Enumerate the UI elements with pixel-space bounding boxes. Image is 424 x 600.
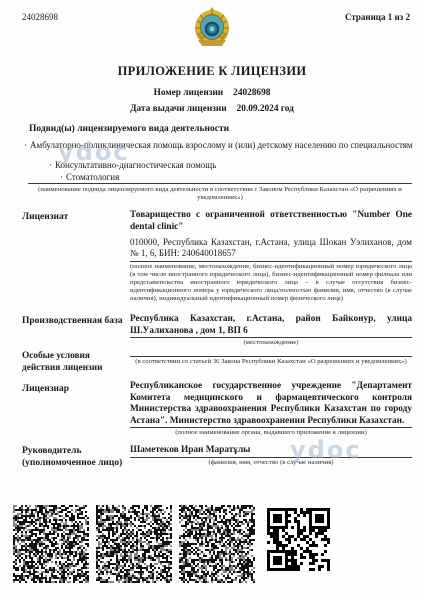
subtypes-caption: (наименование подвида лицензируемого вид… <box>28 186 412 202</box>
qr-code-icon <box>267 508 330 571</box>
production-base-value: Республика Казахстан, г.Астана, район Ба… <box>130 314 412 337</box>
license-date-value: 20.09.2024 год <box>237 104 294 114</box>
subtype-item-2: ·Консультативно-диагностическая помощь <box>49 160 216 170</box>
signature-line <box>130 457 412 458</box>
head-label-line2: (уполномоченное лицо) <box>22 458 122 468</box>
production-base-caption: (местонахождение) <box>130 339 412 347</box>
license-number-label: Номер лицензии <box>154 88 224 98</box>
licensee-address: 010000, Республика Казахстан, г.Астана, … <box>130 237 412 259</box>
subtype-item-1: ·Амбулаторно-поликлиническая помощь взро… <box>24 140 413 150</box>
barcode-block-2 <box>96 505 172 583</box>
document-title: ПРИЛОЖЕНИЕ К ЛИЦЕНЗИИ <box>0 64 424 79</box>
license-number-row: Номер лицензии 24028698 <box>0 88 424 98</box>
divider-line <box>130 337 412 338</box>
bullet-marker: · <box>24 140 27 150</box>
license-document-page: 24028698 Страница 1 из 2 <box>0 0 424 600</box>
divider-line <box>130 356 412 357</box>
licensee-label: Лицензиат <box>22 212 68 222</box>
divider-line <box>130 261 412 262</box>
barcode-block-1 <box>13 505 89 583</box>
kazakhstan-emblem-icon <box>192 6 232 52</box>
bullet-marker: · <box>60 172 63 182</box>
header-document-number: 24028698 <box>22 12 58 22</box>
special-conditions-caption: (в соответствии со статьей 36 Закона Рес… <box>130 358 412 366</box>
licensor-caption: (полное наименование органа, выдавшего п… <box>130 429 412 437</box>
barcode-block-3 <box>179 505 255 583</box>
subtype-item-3: ·Стоматология <box>60 172 119 182</box>
divider-line <box>130 427 412 428</box>
license-number-value: 24028698 <box>233 88 270 98</box>
head-name: Шаметеков Иран Маратұлы <box>130 445 412 457</box>
subtypes-heading: Подвид(ы) лицензируемого вида деятельнос… <box>29 124 229 134</box>
head-caption: (фамилия, имя, отчество (в случае наличи… <box>130 459 412 467</box>
divider-line <box>28 183 412 184</box>
licensee-name: Товарищество с ограниченной ответственно… <box>130 210 412 233</box>
licensor-label: Лицензиар <box>22 384 69 394</box>
production-base-label: Производственная база <box>22 316 123 326</box>
head-label-line1: Руководитель <box>22 446 81 456</box>
bullet-marker: · <box>49 160 52 170</box>
page-indicator: Страница 1 из 2 <box>345 12 410 22</box>
license-date-label: Дата выдачи лицензии <box>130 104 227 114</box>
license-date-row: Дата выдачи лицензии 20.09.2024 год <box>0 104 424 114</box>
special-conditions-label: Особые условия действия лицензии <box>22 351 122 374</box>
licensor-value: Республиканское государственное учрежден… <box>130 381 412 427</box>
licensee-caption: (полное наименование, местонахождение, б… <box>130 263 412 303</box>
